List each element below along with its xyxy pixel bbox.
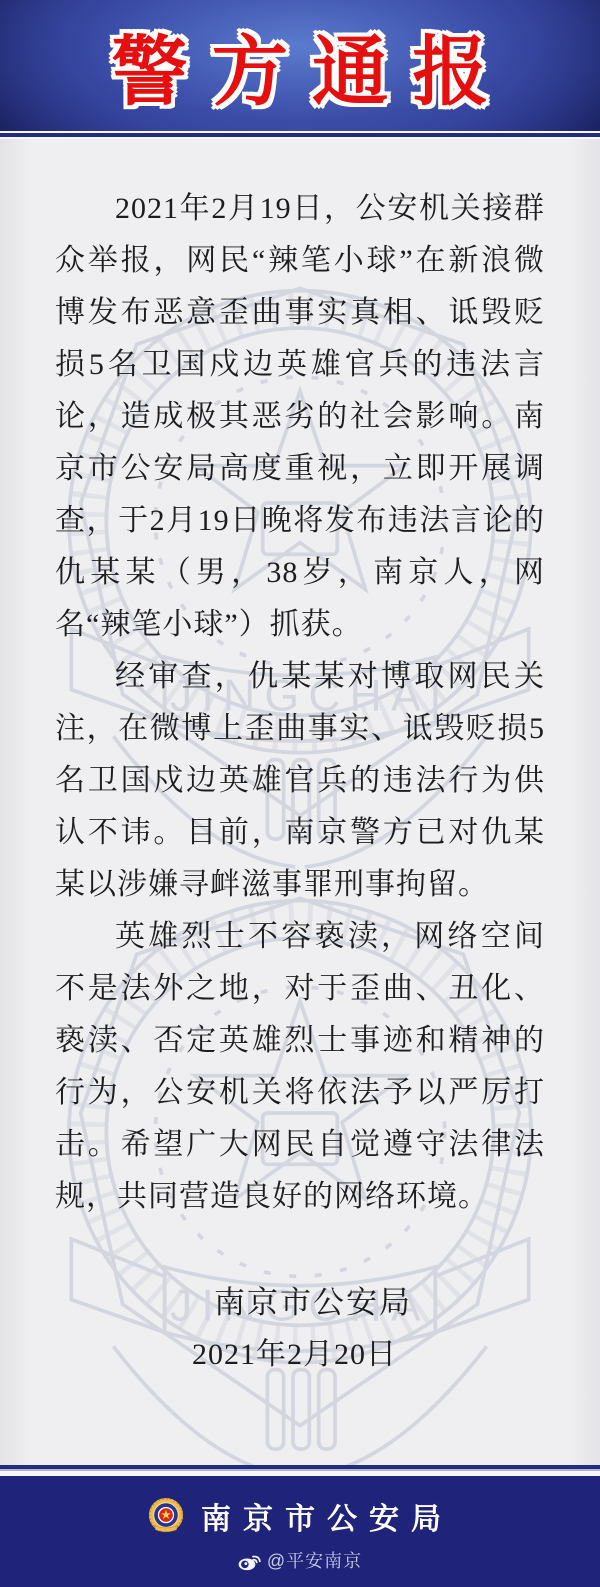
header-banner: 警方通报 bbox=[0, 0, 600, 131]
notice-text-block: 2021年2月19日，公安机关接群众举报，网民“辣笔小球”在新浪微博发布恶意歪曲… bbox=[0, 139, 600, 1381]
notice-paragraph-1: 2021年2月19日，公安机关接群众举报，网民“辣笔小球”在新浪微博发布恶意歪曲… bbox=[55, 183, 545, 651]
footer-weibo-row: @平安南京 bbox=[238, 1547, 362, 1573]
footer-organization-label: 南京市公安局 bbox=[201, 1494, 453, 1538]
footer-weibo-handle: @平安南京 bbox=[267, 1547, 362, 1573]
weibo-icon bbox=[238, 1550, 262, 1571]
police-notice-poster: 警方通报 JINGCHA bbox=[0, 0, 600, 1587]
signature-organization: 南京市公安局 bbox=[55, 1277, 545, 1329]
notice-title: 警方通报 bbox=[87, 11, 513, 120]
signature-block: 南京市公安局 2021年2月20日 bbox=[55, 1277, 545, 1381]
police-badge-icon bbox=[147, 1497, 185, 1535]
notice-paragraph-3: 英雄烈士不容亵渎，网络空间不是法外之地，对于歪曲、丑化、亵渎、否定英雄烈士事迹和… bbox=[55, 911, 545, 1223]
notice-paragraph-2: 经审查，仇某某对博取网民关注，在微博上歪曲事实、诋毁贬损5名卫国戍边英雄官兵的违… bbox=[55, 651, 545, 911]
footer-organization-row: 南京市公安局 bbox=[147, 1494, 453, 1538]
signature-date: 2021年2月20日 bbox=[55, 1329, 545, 1381]
footer-banner: 南京市公安局 @平安南京 bbox=[0, 1476, 600, 1587]
notice-body: JINGCHA JINGCHA 2021年 bbox=[0, 139, 600, 1465]
